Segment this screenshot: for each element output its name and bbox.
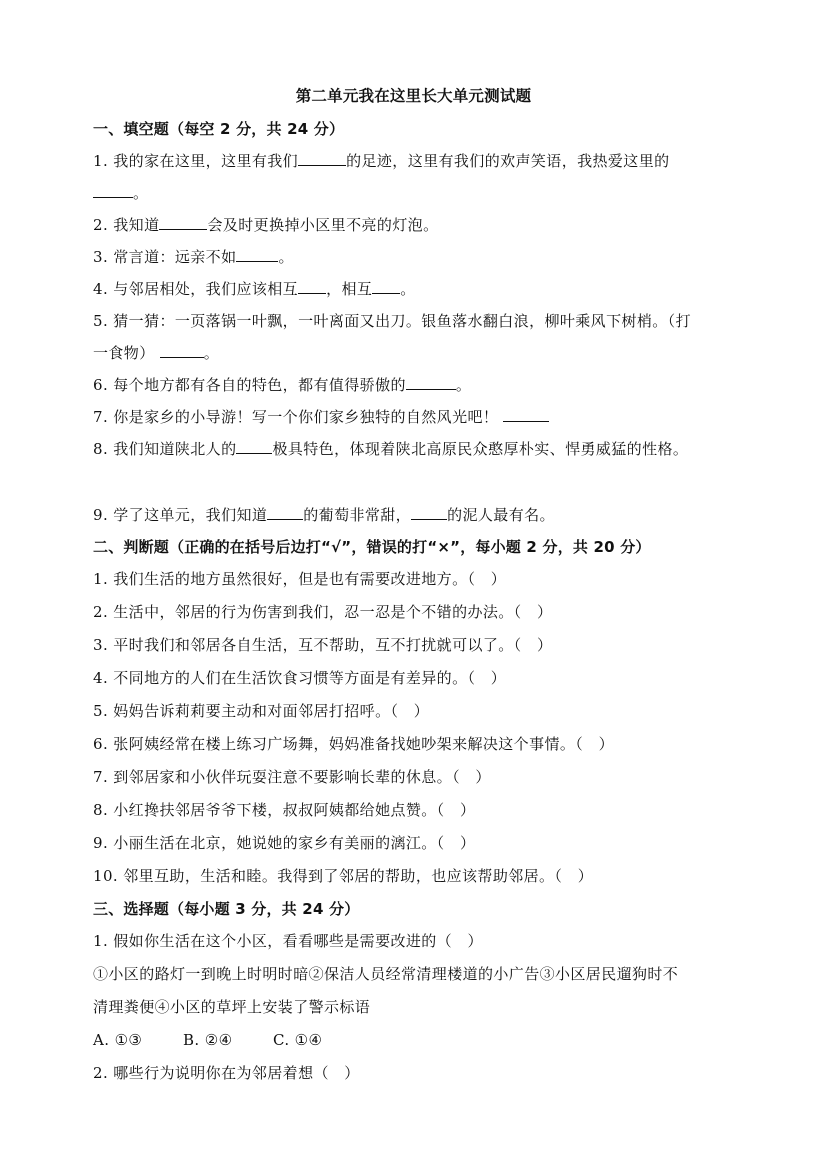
question-text: 。: [133, 184, 148, 202]
answer-blank[interactable]: [267, 505, 303, 520]
answer-blank[interactable]: [411, 505, 447, 520]
question-text: 一食物）: [93, 344, 155, 362]
question-text: 的葡萄非常甜，: [303, 506, 411, 524]
question-tf-8[interactable]: 8. 小红搀扶邻居爷爷下楼，叔叔阿姨都给她点赞。（ ）: [93, 800, 475, 820]
question-text: 8. 我们知道陕北人的: [93, 440, 236, 458]
question-text: 2. 我知道: [93, 216, 159, 234]
answer-blank[interactable]: [298, 279, 326, 294]
question-mc-1-options: A. ①③B. ②④C. ①④: [93, 1030, 322, 1050]
question-fill-9: 9. 学了这单元，我们知道的葡萄非常甜，的泥人最有名。: [93, 505, 555, 525]
question-text: 4. 与邻居相处，我们应该相互: [93, 280, 298, 298]
option-b[interactable]: B. ②④: [183, 1030, 273, 1050]
question-fill-6: 6. 每个地方都有各自的特色，都有值得骄傲的。: [93, 375, 471, 395]
question-text: ，相互: [326, 280, 372, 298]
question-text: 。: [456, 376, 471, 394]
section-heading-fill-in: 一、填空题（每空 2 分，共 24 分）: [93, 119, 344, 139]
question-tf-1[interactable]: 1. 我们生活的地方虽然很好，但是也有需要改进地方。（ ）: [93, 569, 506, 589]
question-text: 的泥人最有名。: [447, 506, 555, 524]
question-mc-1-stem: ①小区的路灯一到晚上时明时暗②保洁人员经常清理楼道的小广告③小区居民遛狗时不: [93, 964, 678, 984]
option-a[interactable]: A. ①③: [93, 1030, 183, 1050]
answer-blank[interactable]: [159, 215, 207, 230]
question-text: 1. 我的家在这里，这里有我们: [93, 152, 298, 170]
question-fill-2: 2. 我知道会及时更换掉小区里不亮的灯泡。: [93, 215, 439, 235]
question-text: 。: [204, 344, 219, 362]
question-fill-4: 4. 与邻居相处，我们应该相互，相互。: [93, 279, 416, 299]
question-mc-2: 2. 哪些行为说明你在为邻居着想（ ）: [93, 1063, 360, 1083]
question-text: 3. 常言道：远亲不如: [93, 248, 236, 266]
question-tf-2[interactable]: 2. 生活中，邻居的行为伤害到我们，忍一忍是个不错的办法。（ ）: [93, 602, 552, 622]
question-text: 的足迹，这里有我们的欢声笑语，我热爱这里的: [346, 152, 669, 170]
option-c[interactable]: C. ①④: [273, 1031, 322, 1049]
question-mc-1: 1. 假如你生活在这个小区，看看哪些是需要改进的（ ）: [93, 931, 483, 951]
answer-blank[interactable]: [236, 439, 272, 454]
question-fill-5: 5. 猜一猜：一页落锅一叶飘，一叶离面又出刀。银鱼落水翻白浪，柳叶乘风下树梢。（…: [93, 311, 691, 331]
question-fill-8: 8. 我们知道陕北人的极具特色，体现着陕北高原民众憨厚朴实、悍勇威猛的性格。: [93, 439, 688, 459]
question-tf-7[interactable]: 7. 到邻居家和小伙伴玩耍注意不要影响长辈的休息。（ ）: [93, 767, 491, 787]
question-tf-9[interactable]: 9. 小丽生活在北京，她说她的家乡有美丽的漓江。（ ）: [93, 833, 475, 853]
question-text: 9. 学了这单元，我们知道: [93, 506, 267, 524]
question-text: 。: [278, 248, 293, 266]
exam-page: 第二单元我在这里长大单元测试题 一、填空题（每空 2 分，共 24 分） 1. …: [0, 0, 827, 1169]
answer-blank[interactable]: [160, 343, 204, 358]
question-fill-7: 7. 你是家乡的小导游！写一个你们家乡独特的自然风光吧！: [93, 407, 549, 427]
answer-blank[interactable]: [503, 407, 549, 422]
question-fill-3: 3. 常言道：远亲不如。: [93, 247, 294, 267]
document-title: 第二单元我在这里长大单元测试题: [0, 84, 827, 106]
answer-blank[interactable]: [93, 183, 133, 198]
question-tf-4[interactable]: 4. 不同地方的人们在生活饮食习惯等方面是有差异的。（ ）: [93, 668, 506, 688]
question-fill-1-cont: 。: [93, 183, 148, 203]
question-text: 5. 猜一猜：一页落锅一叶飘，一叶离面又出刀。银鱼落水翻白浪，柳叶乘风下树梢。（…: [93, 312, 691, 330]
answer-blank[interactable]: [298, 151, 346, 166]
question-text: 极具特色，体现着陕北高原民众憨厚朴实、悍勇威猛的性格。: [272, 440, 688, 458]
question-tf-6[interactable]: 6. 张阿姨经常在楼上练习广场舞，妈妈准备找她吵架来解决这个事情。（ ）: [93, 734, 614, 754]
question-text: 7. 你是家乡的小导游！写一个你们家乡独特的自然风光吧！: [93, 408, 498, 426]
question-tf-10[interactable]: 10. 邻里互助，生活和睦。我得到了邻居的帮助，也应该帮助邻居。（ ）: [93, 866, 593, 886]
question-fill-5-cont: 一食物） 。: [93, 343, 219, 363]
section-heading-true-false: 二、判断题（正确的在括号后边打“√”，错误的打“×”，每小题 2 分，共 20 …: [93, 537, 651, 557]
question-tf-3[interactable]: 3. 平时我们和邻居各自生活，互不帮助，互不打扰就可以了。（ ）: [93, 635, 552, 655]
question-tf-5[interactable]: 5. 妈妈告诉莉莉要主动和对面邻居打招呼。（ ）: [93, 701, 429, 721]
question-text: 。: [400, 280, 415, 298]
answer-blank[interactable]: [236, 247, 278, 262]
question-text: 会及时更换掉小区里不亮的灯泡。: [207, 216, 438, 234]
question-fill-1: 1. 我的家在这里，这里有我们的足迹，这里有我们的欢声笑语，我热爱这里的: [93, 151, 670, 171]
section-heading-multiple-choice: 三、选择题（每小题 3 分，共 24 分）: [93, 899, 359, 919]
question-mc-1-stem-cont: 清理粪便④小区的草坪上安装了警示标语: [93, 997, 370, 1017]
answer-blank[interactable]: [372, 279, 400, 294]
question-text: 6. 每个地方都有各自的特色，都有值得骄傲的: [93, 376, 406, 394]
answer-blank[interactable]: [406, 375, 456, 390]
